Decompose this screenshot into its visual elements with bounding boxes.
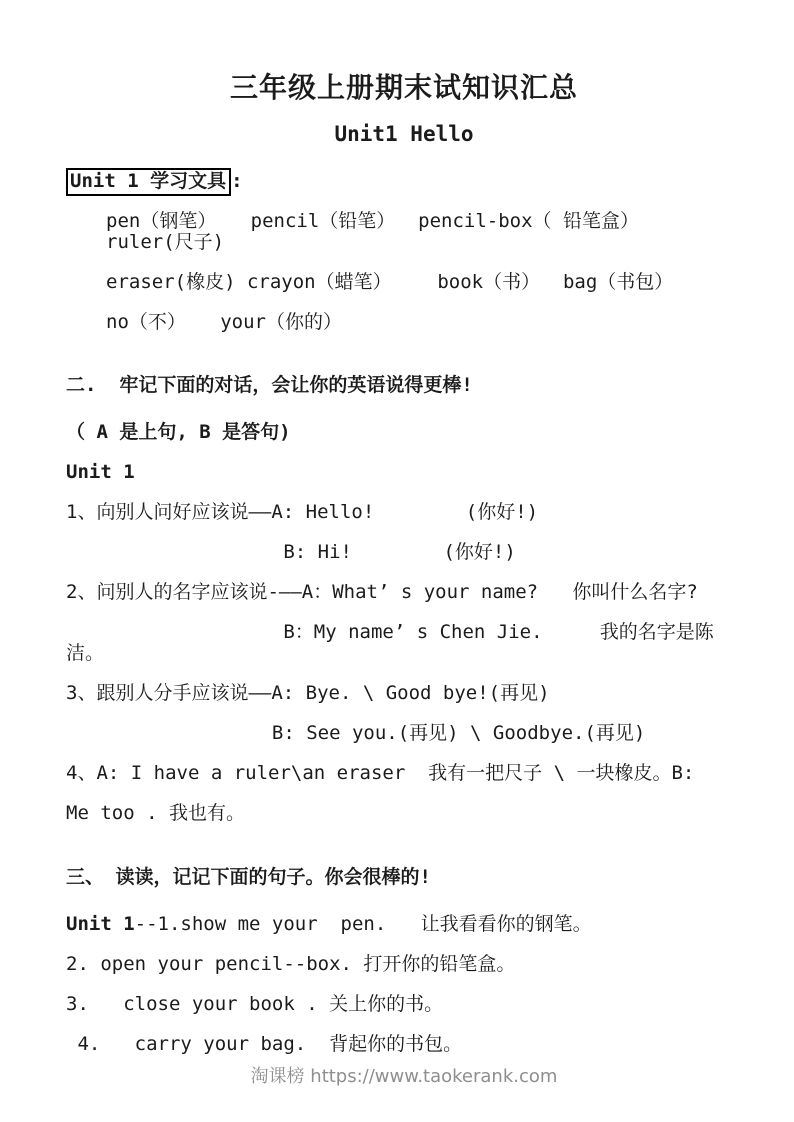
- dialog-line-2a: 2、问别人的名字应该说-——A：What’ s your name? 你叫什么名…: [66, 582, 742, 603]
- sentence-line-1-text: --1.show me your pen. 让我看看你的钢笔。: [135, 913, 592, 935]
- sentence-line-4: 4. carry your bag. 背起你的书包。: [66, 1034, 742, 1055]
- unit-subtitle: Unit1 Hello: [66, 122, 742, 146]
- section2-heading: 二. 牢记下面的对话，会让你的英语说得更棒!: [66, 375, 742, 396]
- dialog-line-3a: 3、跟别人分手应该说——A: Bye. \ Good bye!(再见): [66, 683, 742, 704]
- dialog-line-4b: Me too . 我也有。: [66, 803, 742, 824]
- section2-unit-label: Unit 1: [66, 462, 742, 483]
- page-title: 三年级上册期末试知识汇总: [66, 72, 742, 104]
- vocab-line-2: eraser(橡皮) crayon（蜡笔） book（书） bag（书包）: [66, 272, 742, 293]
- sentence-line-1-unit-prefix: Unit 1: [66, 913, 135, 935]
- dialog-line-1b: B: Hi! (你好!): [66, 542, 742, 563]
- section3-heading: 三、 读读，记记下面的句子。你会很棒的!: [66, 867, 742, 888]
- document-page: 三年级上册期末试知识汇总 Unit1 Hello Unit 1 学习文具: pe…: [0, 0, 794, 1122]
- dialog-line-2b: B：My name’ s Chen Jie. 我的名字是陈洁。: [66, 622, 742, 664]
- vocab-line-1: pen（钢笔） pencil（铅笔） pencil-box（ 铅笔盒） rule…: [66, 211, 742, 253]
- dialog-line-1a: 1、向别人问好应该说——A: Hello! (你好!): [66, 502, 742, 523]
- sentence-line-2: 2. open your pencil--box. 打开你的铅笔盒。: [66, 954, 742, 975]
- dialog-line-4a: 4、A: I have a ruler\an eraser 我有一把尺子 \ 一…: [66, 763, 742, 784]
- sentence-line-1: Unit 1--1.show me your pen. 让我看看你的钢笔。: [66, 914, 742, 935]
- section1-heading-row: Unit 1 学习文具:: [66, 168, 742, 196]
- vocab-line-3: no（不） your（你的）: [66, 312, 742, 333]
- dialog-line-3b: B: See you.(再见) \ Goodbye.(再见): [66, 723, 742, 744]
- sentence-line-3: 3. close your book . 关上你的书。: [66, 994, 742, 1015]
- section1-heading-colon: :: [231, 170, 242, 192]
- section1-boxed-heading: Unit 1 学习文具: [66, 168, 231, 196]
- section2-note: （ A 是上句, B 是答句): [66, 422, 742, 443]
- watermark-footer: 淘课榜 https://www.taokerank.com: [66, 1066, 742, 1088]
